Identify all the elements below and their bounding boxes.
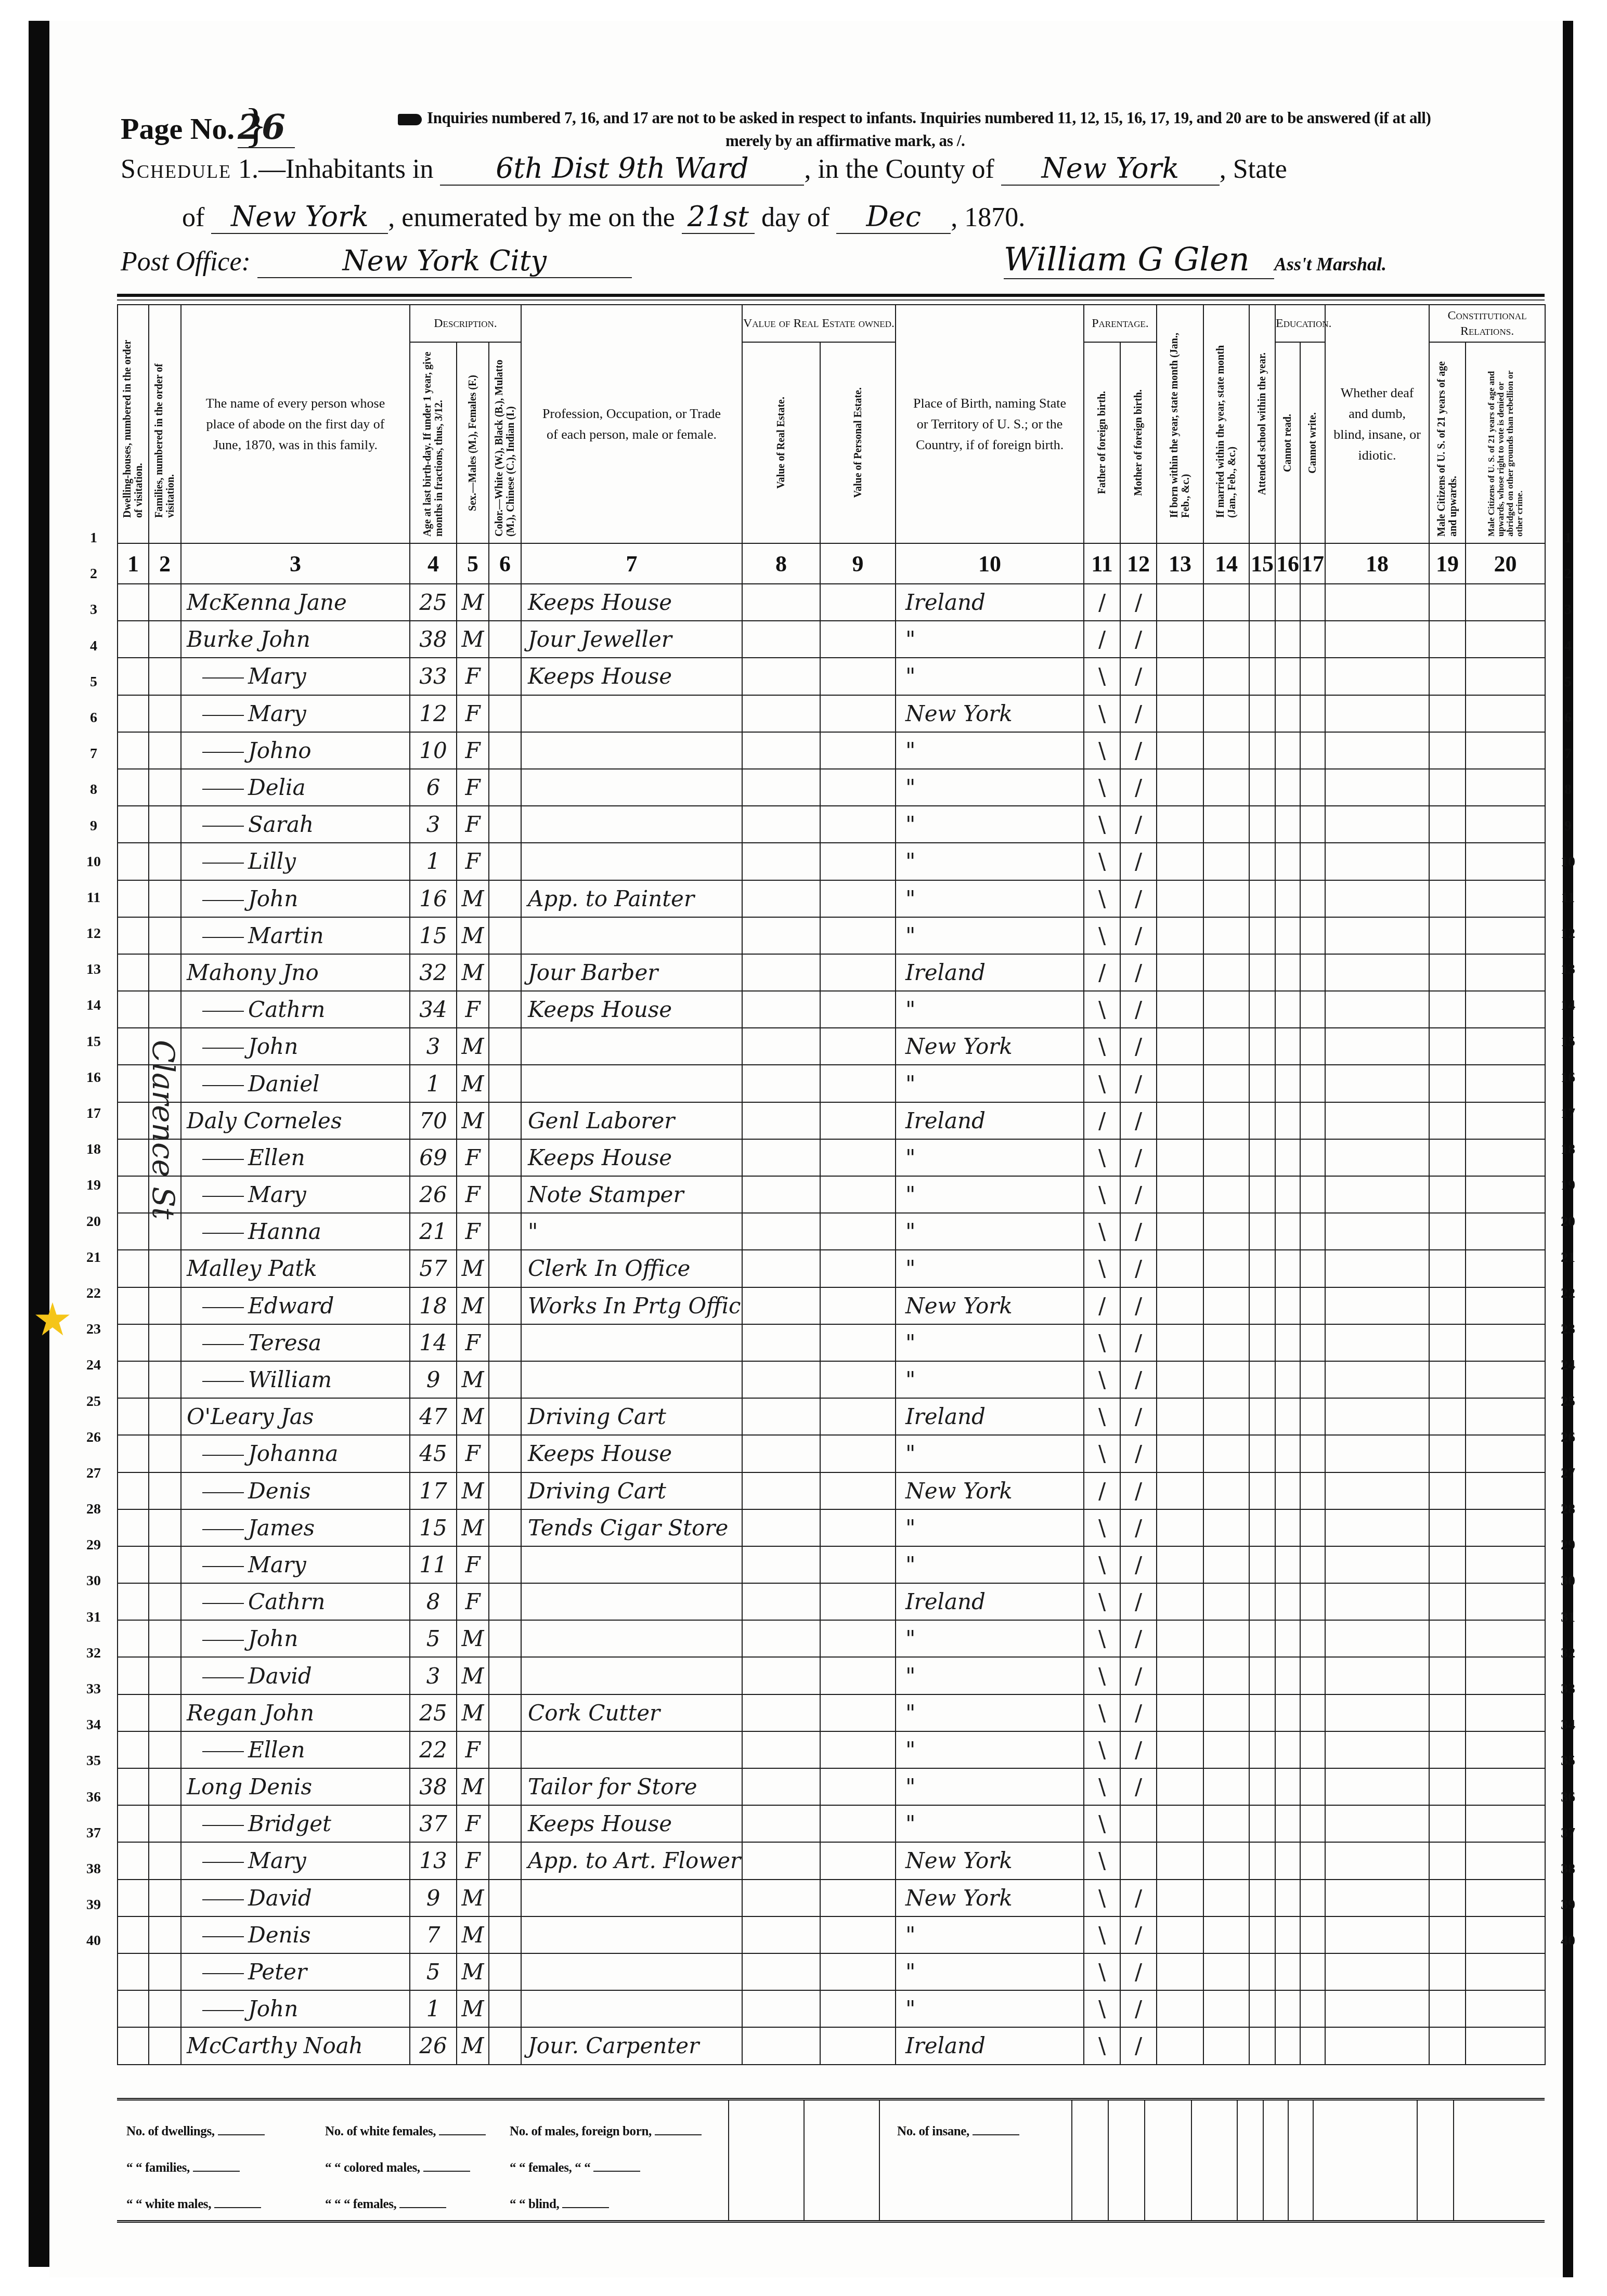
sex-cell: F — [457, 695, 489, 732]
color-cell — [489, 2027, 521, 2064]
birthplace-cell: New York — [896, 1842, 1084, 1879]
real-estate-cell — [742, 1583, 820, 1620]
sex-cell: M — [457, 1990, 489, 2027]
vote-denied-cell — [1466, 1953, 1545, 1990]
dwelling-cell — [118, 954, 149, 991]
color-cell — [489, 954, 521, 991]
line-number: 36 — [1552, 1779, 1584, 1815]
given-name: John — [248, 886, 298, 911]
born-month-cell — [1157, 1065, 1203, 1102]
given-name: John — [248, 1996, 298, 2021]
infirmity-cell — [1325, 1509, 1429, 1546]
col-header-18: Whether deaf and dumb, blind, insane, or… — [1325, 305, 1429, 543]
line-number: 30 — [78, 1563, 109, 1599]
infirmity-cell — [1325, 1694, 1429, 1731]
color-cell — [489, 1287, 521, 1324]
group-constitutional: Constitutional Relations. — [1429, 305, 1545, 342]
cannot-read-cell — [1275, 880, 1300, 917]
color-cell — [489, 1361, 521, 1398]
sex-cell: M — [457, 1102, 489, 1139]
birthplace-cell: " — [896, 806, 1084, 843]
personal-estate-cell — [820, 695, 896, 732]
father-foreign-cell: / — [1084, 954, 1120, 991]
sex-cell: M — [457, 1880, 489, 1916]
father-foreign-cell: \ — [1084, 1731, 1120, 1768]
father-foreign-cell: \ — [1084, 1953, 1120, 1990]
real-estate-cell — [742, 1694, 820, 1731]
cannot-read-cell — [1275, 1398, 1300, 1435]
cannot-read-cell — [1275, 1842, 1300, 1879]
header-rule — [117, 294, 1545, 297]
infirmity-cell — [1325, 917, 1429, 954]
color-cell — [489, 1102, 521, 1139]
census-row: Ellen69FKeeps House"\/ — [118, 1139, 1545, 1176]
vote-denied-cell — [1466, 1324, 1545, 1361]
cannot-read-cell — [1275, 658, 1300, 695]
school-cell — [1249, 658, 1275, 695]
age-cell: 9 — [410, 1361, 457, 1398]
given-name: Peter — [248, 1959, 307, 1985]
dwelling-cell — [118, 1583, 149, 1620]
vote-denied-cell — [1466, 1213, 1545, 1250]
occupation-cell — [521, 1361, 742, 1398]
dwelling-cell — [118, 1694, 149, 1731]
col-num-11: 11 — [1084, 543, 1120, 584]
color-cell — [489, 1990, 521, 2027]
mother-foreign-cell: / — [1120, 1398, 1157, 1435]
ditto-dash — [202, 1307, 244, 1308]
dwelling-cell — [118, 1472, 149, 1509]
line-number: 20 — [1552, 1204, 1584, 1240]
footer-colored-males: “ “ colored males, — [325, 2161, 420, 2175]
color-cell — [489, 880, 521, 917]
cannot-read-cell — [1275, 2027, 1300, 2064]
line-number: 40 — [78, 1923, 109, 1959]
color-cell — [489, 1953, 521, 1990]
school-cell — [1249, 1842, 1275, 1879]
col-header-14: If married within the year, state month … — [1203, 305, 1249, 543]
col-num-20: 20 — [1466, 543, 1545, 584]
vote-denied-cell — [1466, 1398, 1545, 1435]
name-cell: Regan John — [181, 1694, 410, 1731]
line-number: 14 — [78, 987, 109, 1023]
cannot-write-cell — [1300, 1953, 1325, 1990]
birthplace-cell: " — [896, 1176, 1084, 1213]
mother-foreign-cell: / — [1120, 732, 1157, 769]
dwelling-cell — [118, 1731, 149, 1768]
given-name: Cathrn — [248, 1589, 325, 1614]
infirmity-cell — [1325, 880, 1429, 917]
vote-denied-cell — [1466, 1694, 1545, 1731]
birthplace-cell: " — [896, 917, 1084, 954]
vote-denied-cell — [1466, 695, 1545, 732]
family-cell — [149, 1768, 181, 1805]
born-month-cell — [1157, 1102, 1203, 1139]
name-cell: Long Denis — [181, 1768, 410, 1805]
age-cell: 1 — [410, 1990, 457, 2027]
citizen-cell — [1429, 1842, 1466, 1879]
cannot-write-cell — [1300, 1509, 1325, 1546]
line-number: 28 — [78, 1491, 109, 1527]
school-cell — [1249, 954, 1275, 991]
married-month-cell — [1203, 1990, 1249, 2027]
citizen-cell — [1429, 1805, 1466, 1842]
age-cell: 10 — [410, 732, 457, 769]
father-foreign-cell: \ — [1084, 1398, 1120, 1435]
personal-estate-cell — [820, 584, 896, 621]
dwelling-cell — [118, 1990, 149, 2027]
real-estate-cell — [742, 880, 820, 917]
line-number: 10 — [78, 844, 109, 880]
ditto-dash — [202, 789, 244, 790]
census-table: Dwelling-houses, numbered in the order o… — [117, 304, 1546, 2065]
age-cell: 3 — [410, 1028, 457, 1065]
mother-foreign-cell: / — [1120, 1213, 1157, 1250]
real-estate-cell — [742, 695, 820, 732]
cannot-read-cell — [1275, 917, 1300, 954]
line-number: 12 — [1552, 916, 1584, 951]
personal-estate-cell — [820, 954, 896, 991]
marshal-title: Ass't Marshal. — [1274, 254, 1386, 275]
name-cell: Mary — [181, 658, 410, 695]
occupation-cell — [521, 1953, 742, 1990]
real-estate-cell — [742, 1990, 820, 2027]
real-estate-cell — [742, 991, 820, 1028]
family-cell — [149, 769, 181, 806]
ditto-dash — [202, 1011, 244, 1012]
vote-denied-cell — [1466, 584, 1545, 621]
school-cell — [1249, 584, 1275, 621]
cannot-write-cell — [1300, 1102, 1325, 1139]
father-foreign-cell: \ — [1084, 880, 1120, 917]
census-row: Lilly1F"\/ — [118, 843, 1545, 880]
personal-estate-cell — [820, 1657, 896, 1694]
name-cell: James — [181, 1509, 410, 1546]
family-cell — [149, 1546, 181, 1583]
line-number: 7 — [78, 736, 109, 772]
state-of-label: of — [182, 203, 204, 232]
mother-foreign-cell: / — [1120, 769, 1157, 806]
married-month-cell — [1203, 843, 1249, 880]
census-row: McCarthy Noah26MJour. CarpenterIreland\/ — [118, 2027, 1545, 2064]
school-cell — [1249, 1657, 1275, 1694]
state-field: New York — [211, 200, 388, 234]
cannot-read-cell — [1275, 1472, 1300, 1509]
line-number: 33 — [78, 1671, 109, 1707]
birthplace-cell: " — [896, 1546, 1084, 1583]
col-num-16: 16 — [1275, 543, 1300, 584]
birthplace-cell: Ireland — [896, 2027, 1084, 2064]
cannot-read-cell — [1275, 1731, 1300, 1768]
real-estate-cell — [742, 732, 820, 769]
cannot-read-cell — [1275, 1953, 1300, 1990]
sex-cell: M — [457, 2027, 489, 2064]
page-label: Page No. — [121, 112, 235, 146]
infirmity-cell — [1325, 1583, 1429, 1620]
personal-estate-cell — [820, 843, 896, 880]
line-number: 20 — [78, 1204, 109, 1240]
infirmity-cell — [1325, 1250, 1429, 1287]
vote-denied-cell — [1466, 1361, 1545, 1398]
cannot-write-cell — [1300, 954, 1325, 991]
cannot-write-cell — [1300, 732, 1325, 769]
infirmity-cell — [1325, 1028, 1429, 1065]
county-label: , in the County of — [804, 154, 994, 184]
age-cell: 11 — [410, 1546, 457, 1583]
personal-estate-cell — [820, 621, 896, 658]
married-month-cell — [1203, 1694, 1249, 1731]
infirmity-cell — [1325, 2027, 1429, 2064]
given-name: Sarah — [248, 812, 314, 837]
dwelling-cell — [118, 584, 149, 621]
color-cell — [489, 1731, 521, 1768]
cannot-write-cell — [1300, 1546, 1325, 1583]
personal-estate-cell — [820, 806, 896, 843]
line-number: 27 — [78, 1455, 109, 1491]
sex-cell: F — [457, 1176, 489, 1213]
family-cell — [149, 1694, 181, 1731]
sex-cell: M — [457, 1028, 489, 1065]
col-num-19: 19 — [1429, 543, 1466, 584]
line-number: 26 — [78, 1419, 109, 1455]
real-estate-cell — [742, 1250, 820, 1287]
school-cell — [1249, 621, 1275, 658]
married-month-cell — [1203, 584, 1249, 621]
occupation-cell: Genl Laborer — [521, 1102, 742, 1139]
dwelling-cell — [118, 1842, 149, 1879]
col-header-13: If born within the year, state month (Ja… — [1157, 305, 1203, 543]
school-cell — [1249, 1731, 1275, 1768]
cannot-write-cell — [1300, 917, 1325, 954]
color-cell — [489, 584, 521, 621]
line-number: 38 — [1552, 1851, 1584, 1887]
infirmity-cell — [1325, 1435, 1429, 1472]
personal-estate-cell — [820, 2027, 896, 2064]
mother-foreign-cell: / — [1120, 954, 1157, 991]
occupation-cell — [521, 917, 742, 954]
citizen-cell — [1429, 1213, 1466, 1250]
occupation-cell: Keeps House — [521, 658, 742, 695]
born-month-cell — [1157, 1250, 1203, 1287]
school-cell — [1249, 1509, 1275, 1546]
birthplace-cell: " — [896, 1731, 1084, 1768]
married-month-cell — [1203, 658, 1249, 695]
personal-estate-cell — [820, 1361, 896, 1398]
color-cell — [489, 1768, 521, 1805]
dwelling-cell — [118, 1028, 149, 1065]
census-row: Mary26FNote Stamper"\/ — [118, 1176, 1545, 1213]
line-number: 38 — [78, 1851, 109, 1887]
born-month-cell — [1157, 1768, 1203, 1805]
line-number: 10 — [1552, 844, 1584, 880]
married-month-cell — [1203, 1509, 1249, 1546]
father-foreign-cell: \ — [1084, 1213, 1120, 1250]
born-month-cell — [1157, 1953, 1203, 1990]
birthplace-cell: " — [896, 1361, 1084, 1398]
vote-denied-cell — [1466, 1731, 1545, 1768]
citizen-cell — [1429, 1324, 1466, 1361]
sex-cell: M — [457, 621, 489, 658]
cannot-read-cell — [1275, 991, 1300, 1028]
born-month-cell — [1157, 1694, 1203, 1731]
occupation-cell — [521, 1916, 742, 1953]
line-number: 8 — [78, 772, 109, 807]
census-row: Delia6F"\/ — [118, 769, 1545, 806]
cannot-write-cell — [1300, 1287, 1325, 1324]
infirmity-cell — [1325, 1657, 1429, 1694]
citizen-cell — [1429, 1435, 1466, 1472]
occupation-cell: Keeps House — [521, 1139, 742, 1176]
infirmity-cell — [1325, 1176, 1429, 1213]
line-number: 18 — [1552, 1131, 1584, 1167]
star-icon — [34, 1301, 71, 1337]
citizen-cell — [1429, 1620, 1466, 1657]
father-foreign-cell: \ — [1084, 843, 1120, 880]
name-cell: Daniel — [181, 1065, 410, 1102]
citizen-cell — [1429, 1657, 1466, 1694]
father-foreign-cell: \ — [1084, 1139, 1120, 1176]
line-number: 19 — [1552, 1167, 1584, 1203]
birthplace-cell: " — [896, 1953, 1084, 1990]
census-row: Mahony Jno32MJour BarberIreland// — [118, 954, 1545, 991]
ditto-dash — [202, 937, 244, 938]
family-cell — [149, 1472, 181, 1509]
born-month-cell — [1157, 1842, 1203, 1879]
line-number: 37 — [1552, 1815, 1584, 1851]
census-row: Teresa14F"\/ — [118, 1324, 1545, 1361]
mother-foreign-cell: / — [1120, 806, 1157, 843]
school-cell — [1249, 1583, 1275, 1620]
given-name: Denis — [248, 1478, 311, 1504]
line-number: 17 — [1552, 1095, 1584, 1131]
vote-denied-cell — [1466, 1287, 1545, 1324]
real-estate-cell — [742, 1324, 820, 1361]
school-cell — [1249, 991, 1275, 1028]
age-cell: 21 — [410, 1213, 457, 1250]
line-number: 24 — [1552, 1347, 1584, 1383]
line-number: 7 — [1552, 736, 1584, 772]
father-foreign-cell: \ — [1084, 1842, 1120, 1879]
birthplace-cell: " — [896, 1768, 1084, 1805]
married-month-cell — [1203, 1139, 1249, 1176]
mother-foreign-cell: / — [1120, 1435, 1157, 1472]
citizen-cell — [1429, 1509, 1466, 1546]
born-month-cell — [1157, 695, 1203, 732]
census-row: John5M"\/ — [118, 1620, 1545, 1657]
instructions: Inquiries numbered 7, 16, and 17 are not… — [398, 107, 1552, 152]
line-number: 3 — [1552, 592, 1584, 628]
census-row: William9M"\/ — [118, 1361, 1545, 1398]
line-number: 23 — [78, 1311, 109, 1347]
mother-foreign-cell: / — [1120, 1065, 1157, 1102]
personal-estate-cell — [820, 1139, 896, 1176]
census-row: Malley Patk57MClerk In Office"\/ — [118, 1250, 1545, 1287]
born-month-cell — [1157, 1435, 1203, 1472]
age-cell: 9 — [410, 1880, 457, 1916]
col-num-3: 3 — [181, 543, 410, 584]
ditto-dash — [202, 1085, 244, 1086]
sex-cell: F — [457, 1805, 489, 1842]
cannot-write-cell — [1300, 695, 1325, 732]
census-row: Johanna45FKeeps House"\/ — [118, 1435, 1545, 1472]
born-month-cell — [1157, 880, 1203, 917]
mother-foreign-cell: / — [1120, 1361, 1157, 1398]
ditto-dash — [202, 1677, 244, 1678]
census-row: Martin15M"\/ — [118, 917, 1545, 954]
cannot-read-cell — [1275, 1176, 1300, 1213]
school-cell — [1249, 1028, 1275, 1065]
married-month-cell — [1203, 1398, 1249, 1435]
personal-estate-cell — [820, 1880, 896, 1916]
father-foreign-cell: \ — [1084, 1435, 1120, 1472]
dwelling-cell — [118, 1213, 149, 1250]
col-num-9: 9 — [820, 543, 896, 584]
age-cell: 1 — [410, 843, 457, 880]
line-number: 25 — [1552, 1384, 1584, 1419]
col-num-8: 8 — [742, 543, 820, 584]
born-month-cell — [1157, 1990, 1203, 2027]
col-header-1: Dwelling-houses, numbered in the order o… — [118, 305, 149, 543]
infirmity-cell — [1325, 769, 1429, 806]
cannot-write-cell — [1300, 1361, 1325, 1398]
citizen-cell — [1429, 658, 1466, 695]
sex-cell: F — [457, 658, 489, 695]
married-month-cell — [1203, 1731, 1249, 1768]
married-month-cell — [1203, 1250, 1249, 1287]
summary-footer: No. of dwellings, “ “ families, “ “ whit… — [117, 2098, 1545, 2223]
family-cell — [149, 1805, 181, 1842]
real-estate-cell — [742, 1509, 820, 1546]
infirmity-cell — [1325, 1324, 1429, 1361]
cannot-read-cell — [1275, 1990, 1300, 2027]
given-name: James — [248, 1515, 315, 1541]
age-cell: 8 — [410, 1583, 457, 1620]
name-cell: Hanna — [181, 1213, 410, 1250]
ditto-dash — [202, 715, 244, 716]
infirmity-cell — [1325, 1880, 1429, 1916]
sex-cell: F — [457, 1213, 489, 1250]
personal-estate-cell — [820, 1176, 896, 1213]
dwelling-cell — [118, 1620, 149, 1657]
citizen-cell — [1429, 1065, 1466, 1102]
dwelling-cell — [118, 1065, 149, 1102]
citizen-cell — [1429, 769, 1466, 806]
real-estate-cell — [742, 1768, 820, 1805]
infirmity-cell — [1325, 1731, 1429, 1768]
census-row: Cathrn34FKeeps House"\/ — [118, 991, 1545, 1028]
color-cell — [489, 1509, 521, 1546]
marshal-signature-line: William G GlenAss't Marshal. — [1004, 240, 1386, 279]
infirmity-cell — [1325, 1361, 1429, 1398]
sex-cell: F — [457, 1435, 489, 1472]
cannot-write-cell — [1300, 843, 1325, 880]
color-cell — [489, 1842, 521, 1879]
citizen-cell — [1429, 1361, 1466, 1398]
married-month-cell — [1203, 1805, 1249, 1842]
family-cell — [149, 1398, 181, 1435]
occupation-cell: Driving Cart — [521, 1472, 742, 1509]
infirmity-cell — [1325, 1065, 1429, 1102]
citizen-cell — [1429, 1731, 1466, 1768]
vote-denied-cell — [1466, 1065, 1545, 1102]
footer-colored-females: “ “ “ females, — [325, 2197, 396, 2211]
name-cell: John — [181, 1028, 410, 1065]
col-header-2: Families, numbered in the order of visit… — [149, 305, 181, 543]
family-cell — [149, 695, 181, 732]
married-month-cell — [1203, 1583, 1249, 1620]
census-row: Edward18MWorks In Prtg OfficeNew York// — [118, 1287, 1545, 1324]
married-month-cell — [1203, 732, 1249, 769]
